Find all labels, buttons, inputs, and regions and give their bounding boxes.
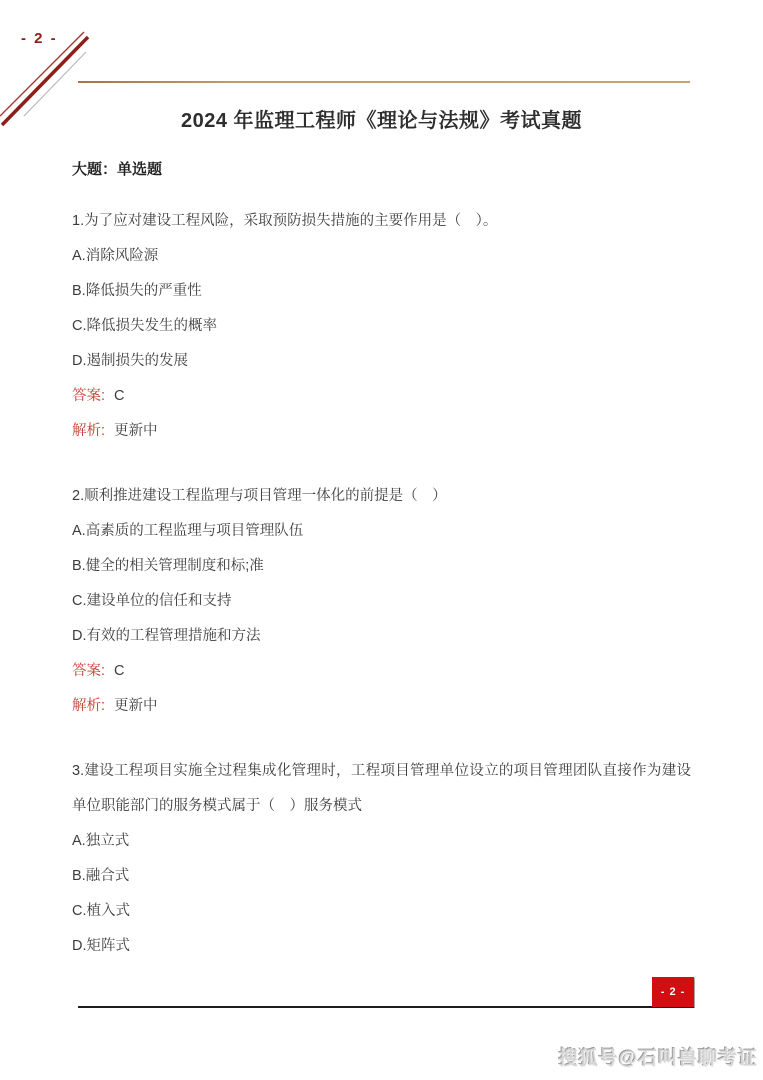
questions: 1.为了应对建设工程风险，采取预防损失措施的主要作用是（ ）。 A.消除风险源B… bbox=[72, 204, 691, 964]
question-options: A.消除风险源B.降低损失的严重性C.降低损失发生的概率D.遏制损失的发展 bbox=[72, 239, 691, 379]
analysis-label: 解析: bbox=[72, 423, 105, 439]
answer-row: 答案:C bbox=[72, 654, 691, 689]
analysis-row: 解析:更新中 bbox=[72, 689, 691, 724]
question-block: 3.建设工程项目实施全过程集成化管理时，工程项目管理单位设立的项目管理团队直接作… bbox=[72, 754, 691, 964]
question-option: B.降低损失的严重性 bbox=[72, 274, 691, 309]
section-heading: 大题：单选题 bbox=[72, 152, 691, 187]
question-options: A.独立式B.融合式C.植入式D.矩阵式 bbox=[72, 824, 691, 964]
question-option: C.建设单位的信任和支持 bbox=[72, 584, 691, 619]
header-rule bbox=[78, 81, 690, 83]
question-option: D.矩阵式 bbox=[72, 929, 691, 964]
question-option: C.植入式 bbox=[72, 894, 691, 929]
watermark: 搜狐号@石叫兽聊考证 bbox=[558, 1043, 758, 1070]
answer-value: C bbox=[114, 388, 124, 404]
question-options: A.高素质的工程监理与项目管理队伍B.健全的相关管理制度和标;准C.建设单位的信… bbox=[72, 514, 691, 654]
question-option: B.融合式 bbox=[72, 859, 691, 894]
question-stem: 1.为了应对建设工程风险，采取预防损失措施的主要作用是（ ）。 bbox=[72, 204, 691, 239]
exam-content: 大题：单选题 1.为了应对建设工程风险，采取预防损失措施的主要作用是（ ）。 A… bbox=[72, 152, 691, 964]
question-block: 1.为了应对建设工程风险，采取预防损失措施的主要作用是（ ）。 A.消除风险源B… bbox=[72, 204, 691, 449]
question-block: 2.顺利推进建设工程监理与项目管理一体化的前提是（ ） A.高素质的工程监理与项… bbox=[72, 479, 691, 724]
answer-label: 答案: bbox=[72, 663, 105, 679]
question-stem: 3.建设工程项目实施全过程集成化管理时，工程项目管理单位设立的项目管理团队直接作… bbox=[72, 754, 691, 824]
footer-page-badge: - 2 - bbox=[652, 977, 694, 1007]
question-option: A.高素质的工程监理与项目管理队伍 bbox=[72, 514, 691, 549]
document-page: - 2 - 2024 年监理工程师《理论与法规》考试真题 大题：单选题 1.为了… bbox=[0, 0, 763, 1080]
analysis-value: 更新中 bbox=[114, 698, 158, 714]
answer-value: C bbox=[114, 663, 124, 679]
question-option: D.有效的工程管理措施和方法 bbox=[72, 619, 691, 654]
question-option: A.消除风险源 bbox=[72, 239, 691, 274]
footer-rule bbox=[78, 1006, 694, 1008]
answer-label: 答案: bbox=[72, 388, 105, 404]
page-title: 2024 年监理工程师《理论与法规》考试真题 bbox=[72, 104, 691, 133]
question-option: C.降低损失发生的概率 bbox=[72, 309, 691, 344]
question-option: D.遏制损失的发展 bbox=[72, 344, 691, 379]
analysis-label: 解析: bbox=[72, 698, 105, 714]
analysis-row: 解析:更新中 bbox=[72, 414, 691, 449]
answer-row: 答案:C bbox=[72, 379, 691, 414]
footer-page-number: - 2 - bbox=[661, 986, 686, 998]
question-option: A.独立式 bbox=[72, 824, 691, 859]
analysis-value: 更新中 bbox=[114, 423, 158, 439]
question-option: B.健全的相关管理制度和标;准 bbox=[72, 549, 691, 584]
question-stem: 2.顺利推进建设工程监理与项目管理一体化的前提是（ ） bbox=[72, 479, 691, 514]
